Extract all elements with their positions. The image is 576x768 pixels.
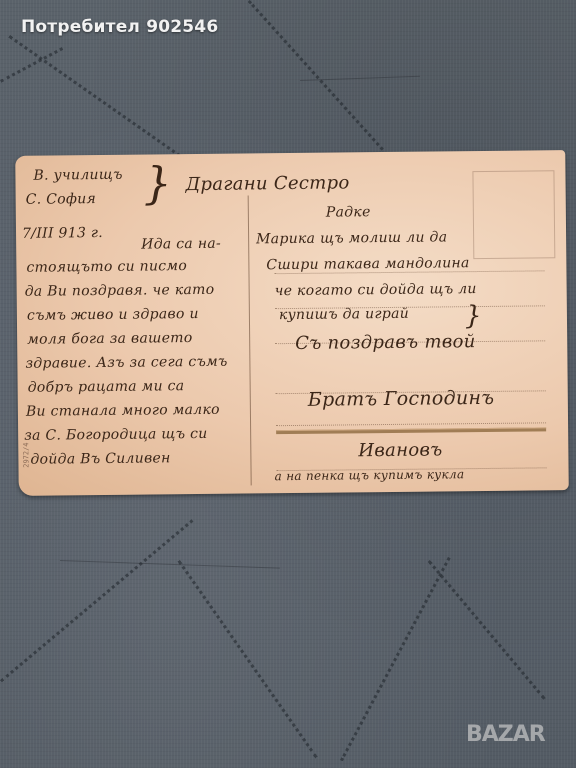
signature-line: Братъ Господинъ: [308, 387, 495, 411]
message-line: Ида са на-: [141, 236, 221, 253]
closing-line: Съ поздравъ твой: [295, 331, 476, 354]
message-line: Ви станала много малко: [26, 402, 220, 420]
message-line: да Ви поздравя. че като: [25, 282, 215, 300]
printed-card-number: 2972/4: [22, 442, 30, 467]
recipient-name: Радке: [326, 204, 371, 220]
message-line: че когато си дойда щъ ли: [275, 281, 477, 299]
message-line: моля бога за вашето: [27, 330, 193, 348]
message-line: добръ рацата ми са: [28, 378, 185, 396]
postscript: а на пенка щъ купимъ кукла: [275, 467, 465, 483]
user-id-label: Потребител 902546: [21, 17, 218, 37]
brace-mark: }: [143, 158, 172, 209]
sender-address-line: С. София: [26, 191, 97, 208]
signature-surname: Ивановъ: [358, 439, 442, 461]
greeting: Драгани Сестро: [185, 172, 349, 195]
sender-address-line: В. училищъ: [33, 167, 122, 184]
brace-mark: }: [465, 301, 482, 331]
address-line: [276, 422, 546, 426]
message-line: здравие. Азъ за сега съмъ: [25, 354, 227, 372]
message-line: съмъ живо и здраво и: [27, 306, 199, 324]
letter-date: 7/III 913 г.: [22, 225, 103, 242]
message-line: Сшири такава мандолина: [266, 255, 469, 273]
message-line: Марика щъ молиш ли да: [256, 229, 447, 247]
message-line: дойда Въ Силивен: [30, 450, 170, 467]
message-line: стоящъто си писмо: [26, 258, 187, 276]
message-line: за С. Богородица щъ си: [24, 426, 208, 444]
stamp-box: [472, 170, 555, 259]
postcard-divider: [248, 195, 252, 485]
postcard: В. училищъ С. София } 7/III 913 г. Ида с…: [15, 150, 569, 496]
address-double-line: [276, 427, 546, 434]
bazar-watermark-logo: BAZAR: [466, 722, 545, 747]
message-line: купишъ да играй: [279, 306, 409, 323]
